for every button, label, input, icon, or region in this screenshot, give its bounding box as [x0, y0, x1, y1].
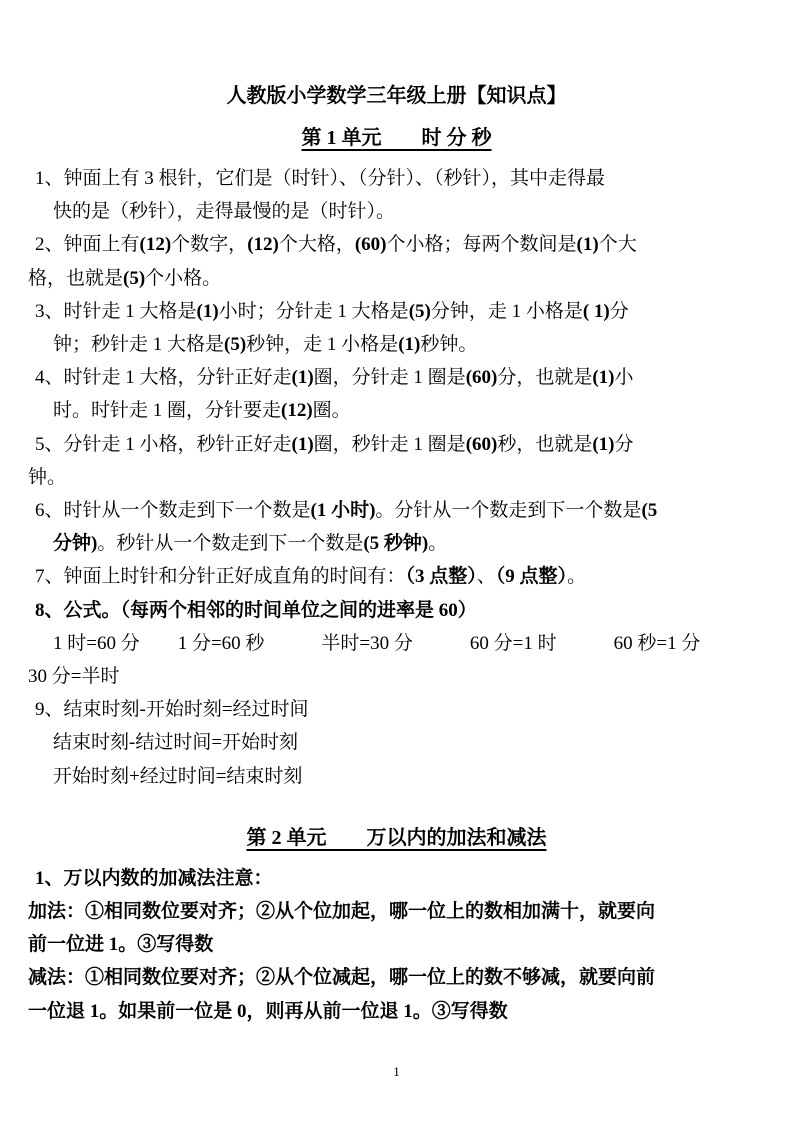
text-line: 9、结束时刻-开始时刻=经过时间: [0, 693, 793, 726]
bold-answer-text: (5): [224, 334, 246, 355]
page-number: 1: [0, 1064, 793, 1080]
bold-answer-text: (1): [197, 301, 219, 322]
body-text: 。: [428, 533, 447, 554]
document-body: 第 1 单元 时 分 秒1、钟面上有 3 根针，它们是（时针）、（分针）、（秒针…: [0, 126, 793, 1028]
text-line: 3、时针走 1 大格是(1)小时；分针走 1 大格是(5)分钟，走 1 小格是(…: [0, 295, 793, 328]
text-line: 加法：①相同数位要对齐；②从个位加起，哪一位上的数相加满十，就要向: [0, 895, 793, 928]
text-line: 4、时针走 1 大格，分针正好走(1)圈，分针走 1 圈是(60)分，也就是(1…: [0, 361, 793, 394]
text-line: 前一位进 1。③写得数: [0, 928, 793, 961]
body-text: 30 分=半时: [28, 666, 119, 687]
body-text: 快的是（秒针），走得最慢的是（时针）。: [53, 201, 395, 222]
text-line: 钟；秒针走 1 大格是(5)秒钟，走 1 小格是(1)秒钟。: [0, 328, 793, 361]
bold-answer-text: (1): [592, 434, 614, 455]
text-line: 7、钟面上时针和分针正好成直角的时间有：（3 点整）、（9 点整）。: [0, 560, 793, 593]
text-line: 时。时针走 1 圈，分针要走(12)圈。: [0, 394, 793, 427]
body-text: 小: [615, 367, 634, 388]
body-text: 1 时=60 分 1 分=60 秒 半时=30 分 60 分=1 时 60 秒=…: [53, 633, 700, 654]
section-heading-1: 第 1 单元 时 分 秒: [0, 126, 793, 150]
body-text: 开始时刻+经过时间=结束时刻: [53, 766, 302, 787]
body-text: 1、钟面上有 3 根针，它们是（时针）、（分针）、（秒针），其中走得最: [35, 168, 605, 189]
bold-answer-text: 8、公式。（每两个相邻的时间单位之间的进率是 60）: [35, 600, 477, 621]
bold-answer-text: 加法：①相同数位要对齐；②从个位加起，哪一位上的数相加满十，就要向: [28, 901, 655, 922]
body-text: 4、时针走 1 大格，分针正好走: [35, 367, 292, 388]
text-line: 30 分=半时: [0, 660, 793, 693]
bold-answer-text: 分钟): [53, 533, 97, 554]
bold-answer-text: 前一位进 1。③写得数: [28, 934, 213, 955]
body-text: 7、钟面上时针和分针正好成直角的时间有：: [35, 566, 406, 587]
bold-answer-text: (12): [247, 234, 279, 255]
bold-answer-text: (1 小时): [311, 500, 376, 521]
section-heading-text: 第 2 单元 万以内的加法和减法: [247, 827, 547, 849]
text-line: 1、万以内数的加减法注意：: [0, 862, 793, 895]
bold-answer-text: （9 点整）: [496, 566, 567, 587]
text-line: 6、时针从一个数走到下一个数是(1 小时)。分针从一个数走到下一个数是(5: [0, 494, 793, 527]
body-text: 5、分针走 1 小格，秒针正好走: [35, 434, 292, 455]
text-line: 格，也就是(5)个小格。: [0, 262, 793, 295]
body-text: 结束时刻-结过时间=开始时刻: [53, 732, 298, 753]
body-text: 2、钟面上有: [35, 234, 140, 255]
body-text: 分，也就是: [497, 367, 592, 388]
body-text: 钟。: [28, 467, 66, 488]
bold-answer-text: 1、万以内数的加减法注意：: [35, 868, 273, 889]
document-page: 人教版小学数学三年级上册【知识点】 第 1 单元 时 分 秒1、钟面上有 3 根…: [0, 0, 793, 1122]
section-heading-2: 第 2 单元 万以内的加法和减法: [0, 826, 793, 850]
text-line: 分钟)。秒针从一个数走到下一个数是(5 秒钟)。: [0, 527, 793, 560]
text-line: 2、钟面上有(12)个数字，(12)个大格，(60)个小格；每两个数间是(1)个…: [0, 228, 793, 261]
body-text: 6、时针从一个数走到下一个数是: [35, 500, 311, 521]
bold-answer-text: (1): [577, 234, 599, 255]
body-text: 格，也就是: [28, 268, 123, 289]
body-text: 、: [477, 566, 496, 587]
text-line: 一位退 1。如果前一位是 0，则再从前一位退 1。③写得数: [0, 995, 793, 1028]
text-line: 钟。: [0, 461, 793, 494]
bold-answer-text: (60): [466, 434, 498, 455]
bold-answer-text: (12): [281, 400, 313, 421]
text-line: 开始时刻+经过时间=结束时刻: [0, 760, 793, 793]
bold-answer-text: (60): [355, 234, 387, 255]
text-line: 快的是（秒针），走得最慢的是（时针）。: [0, 195, 793, 228]
bold-answer-text: (5: [641, 500, 657, 521]
bold-answer-text: (5): [409, 301, 431, 322]
bold-answer-text: ( 1): [583, 301, 610, 322]
body-text: 分: [615, 434, 634, 455]
body-text: 秒，也就是: [497, 434, 592, 455]
section-1-lines: 1、钟面上有 3 根针，它们是（时针）、（分针）、（秒针），其中走得最快的是（秒…: [0, 162, 793, 793]
body-text: 个小格。: [145, 268, 221, 289]
document-title: 人教版小学数学三年级上册【知识点】: [0, 0, 793, 108]
body-text: 个大: [599, 234, 637, 255]
body-text: 。秒针从一个数走到下一个数是: [97, 533, 363, 554]
body-text: 分钟，走 1 小格是: [431, 301, 583, 322]
bold-answer-text: (1): [292, 367, 314, 388]
body-text: 圈。: [313, 400, 351, 421]
body-text: 个大格，: [279, 234, 355, 255]
text-line: 1、钟面上有 3 根针，它们是（时针）、（分针）、（秒针），其中走得最: [0, 162, 793, 195]
bold-answer-text: 一位退 1。如果前一位是 0，则再从前一位退 1。③写得数: [28, 1001, 508, 1022]
body-text: 秒钟，走 1 小格是: [246, 334, 398, 355]
text-line: 减法：①相同数位要对齐；②从个位减起，哪一位上的数不够减，就要向前: [0, 961, 793, 994]
bold-answer-text: 减法：①相同数位要对齐；②从个位减起，哪一位上的数不够减，就要向前: [28, 967, 655, 988]
body-text: 。: [567, 566, 586, 587]
bold-answer-text: (1): [292, 434, 314, 455]
bold-answer-text: (5 秒钟): [363, 533, 428, 554]
section-2-lines: 1、万以内数的加减法注意：加法：①相同数位要对齐；②从个位加起，哪一位上的数相加…: [0, 862, 793, 1028]
bold-answer-text: (1): [592, 367, 614, 388]
body-text: 钟；秒针走 1 大格是: [53, 334, 224, 355]
body-text: 个数字，: [171, 234, 247, 255]
body-text: 3、时针走 1 大格是: [35, 301, 197, 322]
text-line: 1 时=60 分 1 分=60 秒 半时=30 分 60 分=1 时 60 秒=…: [0, 627, 793, 660]
body-text: 圈，秒针走 1 圈是: [314, 434, 466, 455]
body-text: 分: [610, 301, 629, 322]
bold-answer-text: （3 点整）: [406, 566, 477, 587]
text-line: 8、公式。（每两个相邻的时间单位之间的进率是 60）: [0, 594, 793, 627]
text-line: 5、分针走 1 小格，秒针正好走(1)圈，秒针走 1 圈是(60)秒，也就是(1…: [0, 428, 793, 461]
body-text: 小时；分针走 1 大格是: [219, 301, 409, 322]
body-text: 。分针从一个数走到下一个数是: [375, 500, 641, 521]
bold-answer-text: (1): [398, 334, 420, 355]
body-text: 圈，分针走 1 圈是: [314, 367, 466, 388]
body-text: 时。时针走 1 圈，分针要走: [53, 400, 281, 421]
body-text: 9、结束时刻-开始时刻=经过时间: [35, 699, 309, 720]
text-line: 结束时刻-结过时间=开始时刻: [0, 726, 793, 759]
body-text: 秒钟。: [420, 334, 477, 355]
bold-answer-text: (60): [466, 367, 498, 388]
bold-answer-text: (5): [123, 268, 145, 289]
bold-answer-text: (12): [140, 234, 172, 255]
section-heading-text: 第 1 单元 时 分 秒: [302, 127, 492, 149]
body-text: 个小格；每两个数间是: [387, 234, 577, 255]
